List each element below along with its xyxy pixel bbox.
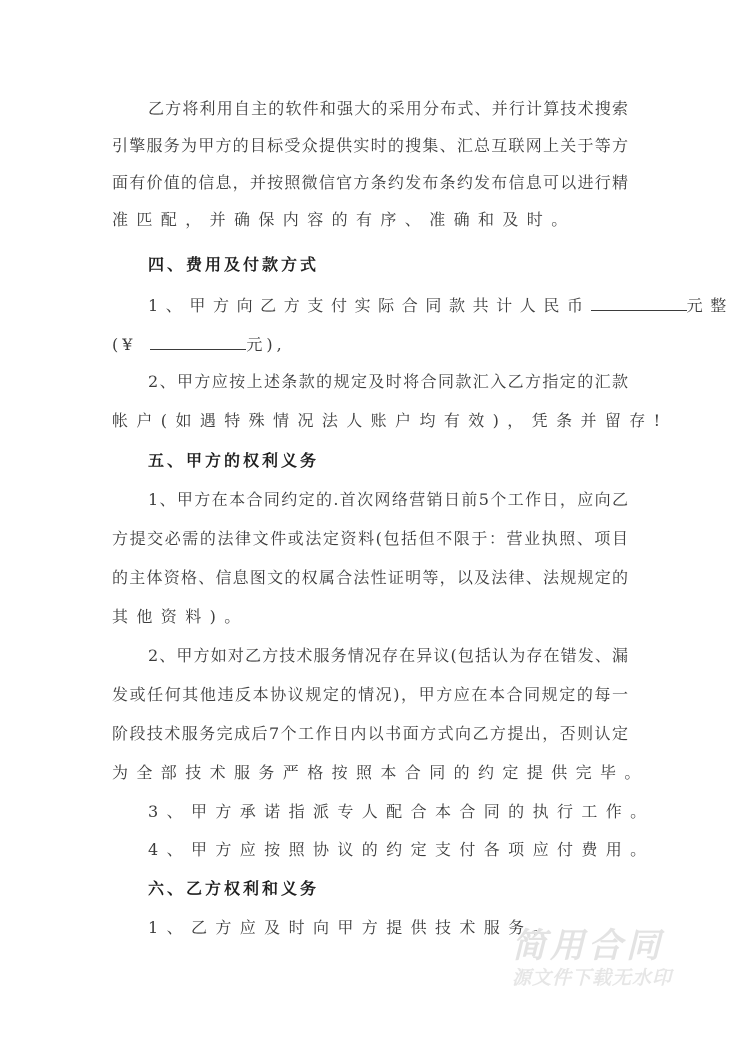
- watermark-subtitle: 源文件下载无水印: [512, 963, 672, 990]
- amount-text-prefix: 1、甲方向乙方支付实际合同款共计人民币: [148, 296, 591, 315]
- watermark-logo: 简用合同: [512, 918, 664, 967]
- section-5-item-2-line-3: 阶段技术服务完成后7个工作日内以书面方式向乙方提出，否则认定: [112, 722, 628, 746]
- amount-yuan-prefix: (¥: [112, 335, 136, 354]
- section-4-item-1-line-2: (¥元),: [112, 331, 628, 355]
- amount-text-suffix: 元整: [687, 296, 734, 315]
- intro-line-3: 面有价值的信息，并按照微信官方条约发布条约发布信息可以进行精: [112, 171, 628, 195]
- section-5-item-1-line-2: 方提交必需的法律文件或法定资料(包括但不限于：营业执照、项目: [112, 527, 628, 551]
- section-4-item-2-line-1: 2、甲方应按上述条款的规定及时将合同款汇入乙方指定的汇款: [148, 370, 628, 394]
- section-5-item-2-line-1: 2、甲方如对乙方技术服务情况存在异议(包括认为存在错发、漏: [148, 644, 628, 668]
- section-5-item-4: 4、甲方应按照协议的约定支付各项应付费用。: [148, 838, 628, 862]
- document-page: 乙方将利用自主的软件和强大的采用分布式、并行计算技术搜索 引擎服务为甲方的目标受…: [0, 0, 742, 1049]
- section-5-item-3: 3、甲方承诺指派专人配合本合同的执行工作。: [148, 800, 628, 824]
- section-4-heading: 四、费用及付款方式: [148, 253, 319, 277]
- amount-yuan-suffix: 元),: [246, 335, 285, 354]
- section-5-item-2-line-4: 为全部技术服务严格按照本合同的约定提供完毕。: [112, 761, 628, 785]
- amount-number-blank[interactable]: [150, 331, 246, 350]
- intro-line-1: 乙方将利用自主的软件和强大的采用分布式、并行计算技术搜索: [148, 97, 628, 121]
- section-6-heading: 六、乙方权利和义务: [148, 877, 319, 901]
- section-5-item-2-line-2: 发或任何其他违反本协议规定的情况)，甲方应在本合同规定的每一: [112, 683, 628, 707]
- section-5-heading: 五、甲方的权利义务: [148, 449, 319, 473]
- section-5-item-1-line-3: 的主体资格、信息图文的权属合法性证明等，以及法律、法规规定的: [112, 566, 628, 590]
- intro-line-2: 引擎服务为甲方的目标受众提供实时的搜集、汇总互联网上关于等方: [112, 134, 628, 158]
- amount-words-blank[interactable]: [591, 292, 687, 311]
- intro-line-4: 准匹配，并确保内容的有序、准确和及时。: [112, 208, 628, 232]
- section-4-item-2-line-2: 帐户(如遇特殊情况法人账户均有效)，凭条并留存!: [112, 409, 628, 433]
- section-5-item-1-line-1: 1、甲方在本合同约定的.首次网络营销日前5个工作日，应向乙: [148, 488, 628, 512]
- section-4-item-1-line-1: 1、甲方向乙方支付实际合同款共计人民币元整: [148, 292, 628, 316]
- section-5-item-1-line-4: 其他资料)。: [112, 605, 628, 629]
